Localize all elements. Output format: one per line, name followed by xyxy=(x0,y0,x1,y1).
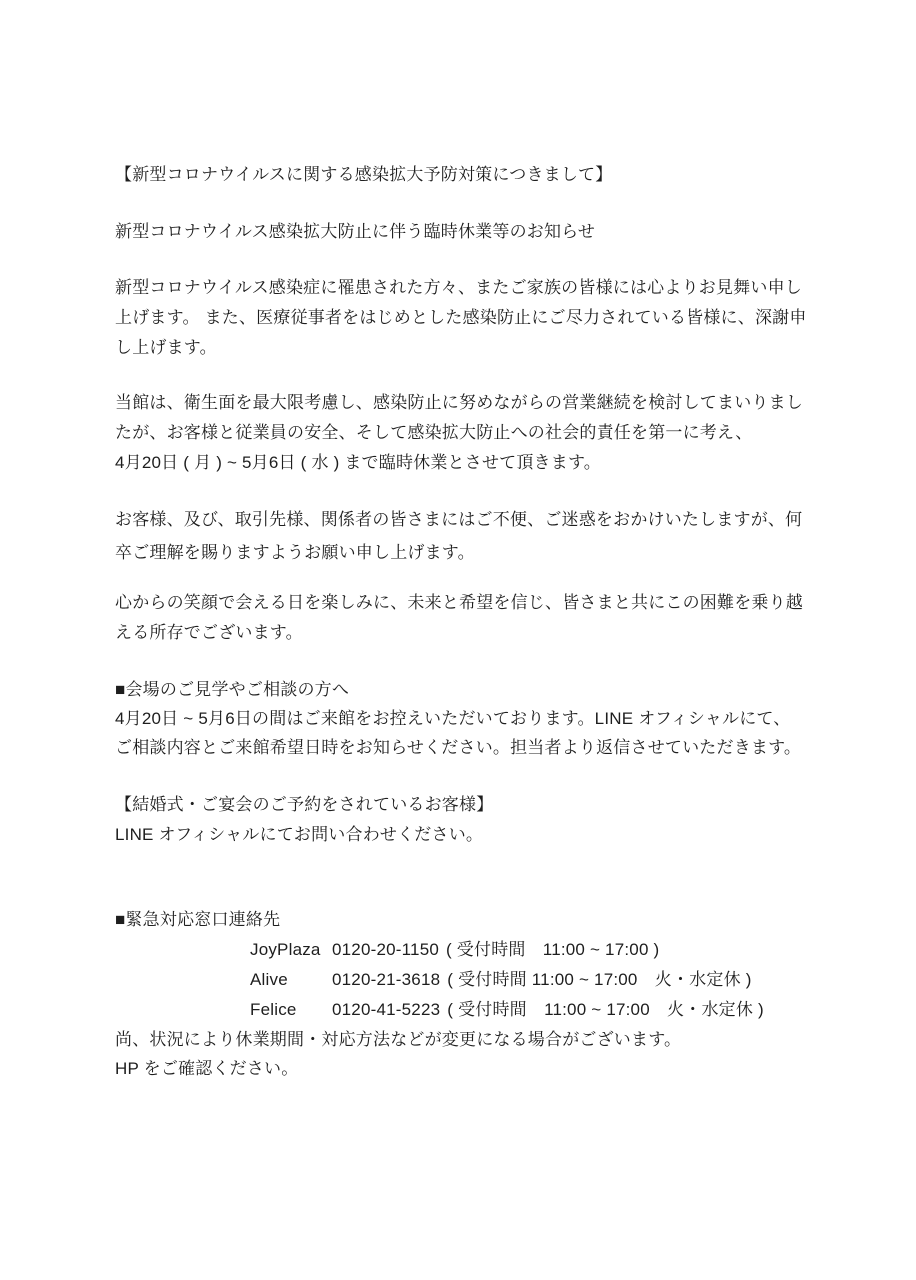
note-hp-line: HP をご確認ください。 xyxy=(115,1054,681,1083)
section-visit-heading: ■会場のご見学やご相談の方へ xyxy=(115,675,801,704)
contact-phone: 0120-20-1150 xyxy=(332,935,439,965)
section-contact-heading: ■緊急対応窓口連絡先 xyxy=(115,905,280,935)
contact-row-joyplaza: JoyPlaza 0120-20-1150 ( 受付時間 11:00 ~ 17:… xyxy=(250,935,764,965)
section-visit: ■会場のご見学やご相談の方へ 4月20日 ~ 5月6日の間はご来館をお控えいただ… xyxy=(115,675,801,762)
notice-subtitle: 新型コロナウイルス感染拡大防止に伴う臨時休業等のお知らせ xyxy=(115,217,595,247)
reservation-line: LINE オフィシャルにてお問い合わせください。 xyxy=(115,820,493,850)
visit-line-1: 4月20日 ~ 5月6日の間はご来館をお控えいただいております。LINE オフィ… xyxy=(115,704,801,733)
paragraph-condolence: 新型コロナウイルス感染症に罹患された方々、またご家族の皆様には心よりお見舞い申し… xyxy=(115,273,807,363)
apology-line-2: 卒ご理解を賜りますようお願い申し上げます。 xyxy=(115,536,802,569)
hope-line-1: 心からの笑顔で会える日を楽しみに、未来と希望を信じ、皆さまと共にこの困難を乗り越 xyxy=(115,588,803,618)
paragraph-closure: 当館は、衛生面を最大限考慮し、感染防止に努めながらの営業継続を検討してまいりまし… xyxy=(115,388,803,478)
apology-line-1: お客様、及び、取引先様、関係者の皆さまにはご不便、ご迷惑をおかけいたしますが、何 xyxy=(115,503,802,536)
contact-hours: ( 受付時間 11:00 ~ 17:00 火・水定休 ) xyxy=(447,995,764,1025)
paragraph-apology: お客様、及び、取引先様、関係者の皆さまにはご不便、ご迷惑をおかけいたしますが、何… xyxy=(115,503,802,569)
notice-title: 【新型コロナウイルスに関する感染拡大予防対策につきまして】 xyxy=(115,160,612,190)
contact-list: JoyPlaza 0120-20-1150 ( 受付時間 11:00 ~ 17:… xyxy=(250,935,764,1025)
contact-row-alive: Alive 0120-21-3618 ( 受付時間 11:00 ~ 17:00 … xyxy=(250,965,764,995)
hope-line-2: える所存でございます。 xyxy=(115,618,803,648)
note-change-line: 尚、状況により休業期間・対応方法などが変更になる場合がございます。 xyxy=(115,1025,681,1054)
section-reservation: 【結婚式・ご宴会のご予約をされているお客様】 LINE オフィシャルにてお問い合… xyxy=(115,790,493,850)
contact-name: Alive xyxy=(250,965,332,995)
contact-hours: ( 受付時間 11:00 ~ 17:00 ) xyxy=(446,935,659,965)
condolence-line-1: 新型コロナウイルス感染症に罹患された方々、またご家族の皆様には心よりお見舞い申し xyxy=(115,273,807,303)
condolence-line-3: し上げます。 xyxy=(115,333,807,363)
closure-line-1: 当館は、衛生面を最大限考慮し、感染防止に努めながらの営業継続を検討してまいりまし xyxy=(115,388,803,418)
contact-hours: ( 受付時間 11:00 ~ 17:00 火・水定休 ) xyxy=(447,965,751,995)
contact-row-felice: Felice 0120-41-5223 ( 受付時間 11:00 ~ 17:00… xyxy=(250,995,764,1025)
closure-period-line: 4月20日 ( 月 ) ~ 5月6日 ( 水 ) まで臨時休業とさせて頂きます。 xyxy=(115,448,803,478)
contact-name: Felice xyxy=(250,995,332,1025)
contact-phone: 0120-21-3618 xyxy=(332,965,440,995)
contact-phone: 0120-41-5223 xyxy=(332,995,440,1025)
condolence-line-2: 上げます。 また、医療従事者をはじめとした感染防止にご尽力されている皆様に、深謝… xyxy=(115,303,807,333)
section-reservation-heading: 【結婚式・ご宴会のご予約をされているお客様】 xyxy=(115,790,493,820)
closing-notes: 尚、状況により休業期間・対応方法などが変更になる場合がございます。 HP をご確… xyxy=(115,1025,681,1083)
notice-page: 【新型コロナウイルスに関する感染拡大予防対策につきまして】 新型コロナウイルス感… xyxy=(0,0,916,1280)
paragraph-hope: 心からの笑顔で会える日を楽しみに、未来と希望を信じ、皆さまと共にこの困難を乗り越… xyxy=(115,588,803,648)
closure-line-2: たが、お客様と従業員の安全、そして感染拡大防止への社会的責任を第一に考え、 xyxy=(115,418,803,448)
contact-name: JoyPlaza xyxy=(250,935,332,965)
visit-line-2: ご相談内容とご来館希望日時をお知らせください。担当者より返信させていただきます。 xyxy=(115,733,801,762)
